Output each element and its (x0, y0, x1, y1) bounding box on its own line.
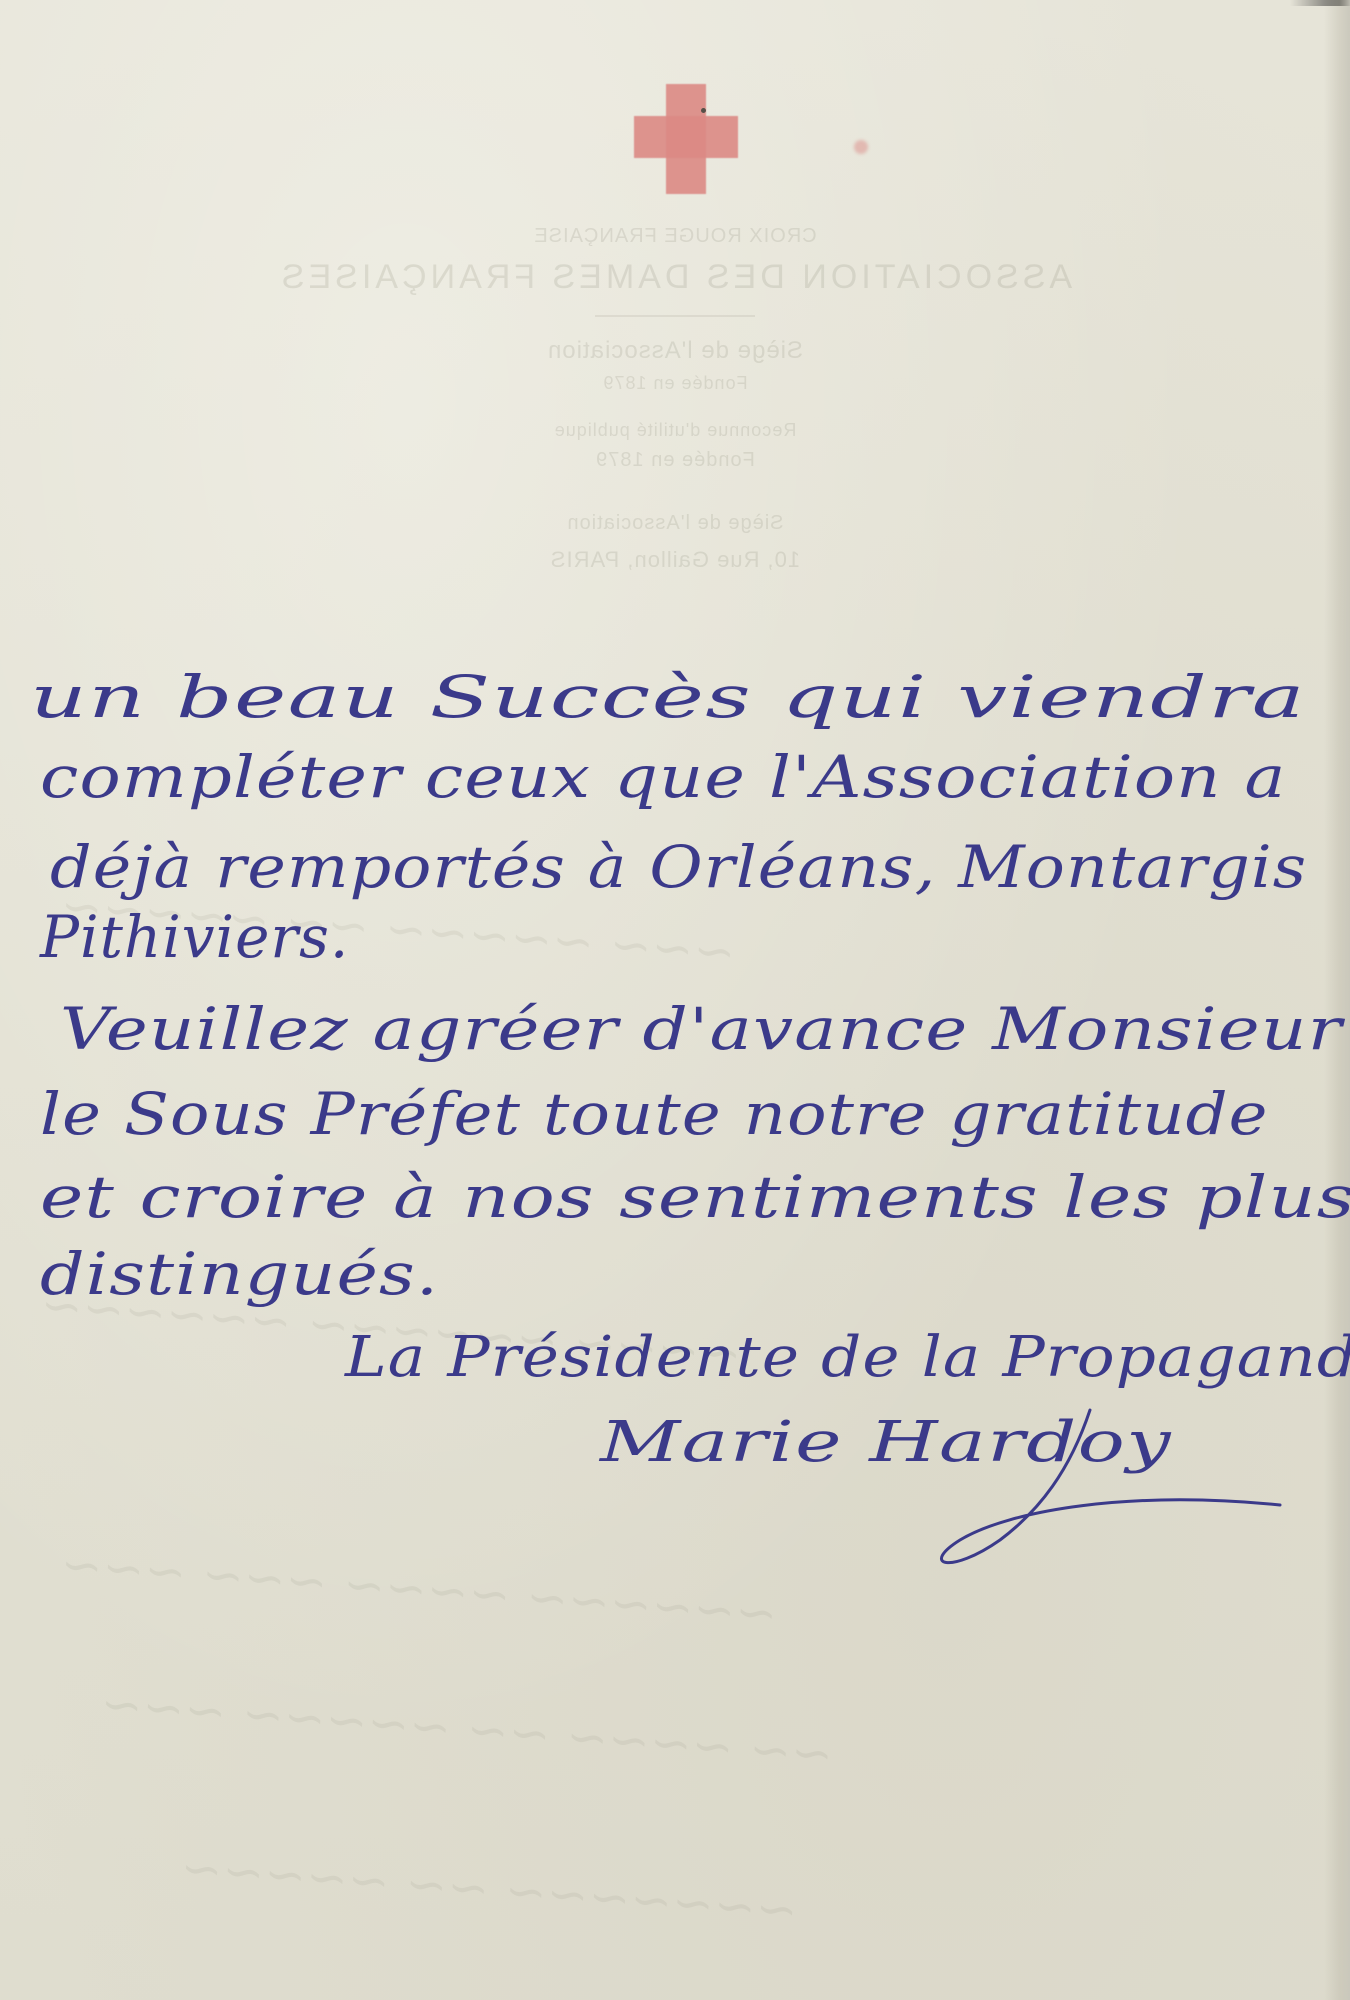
letter-line: compléter ceux que l'Association a (40, 748, 1286, 806)
letter-line: Veuillez agréer d'avance Monsieur (60, 1000, 1343, 1058)
letter-line: distingués. (40, 1245, 439, 1303)
letter-page: CROIX ROUGE FRANÇAISE ASSOCIATION DES DA… (0, 0, 1350, 2000)
letter-line: déjà remportés à Orléans, Montargis (50, 838, 1307, 896)
letter-line: le Sous Préfet toute notre gratitude (40, 1085, 1269, 1143)
letter-line: et croire à nos sentiments les plus (40, 1168, 1350, 1226)
letter-line: Pithiviers. (40, 908, 349, 966)
handwritten-body: un beau Succès qui viendra compléter ceu… (0, 0, 1350, 2000)
signature-flourish (930, 1380, 1290, 1580)
letter-line: un beau Succès qui viendra (30, 668, 1306, 726)
closing-title: La Présidente de la Propagande (345, 1330, 1350, 1386)
